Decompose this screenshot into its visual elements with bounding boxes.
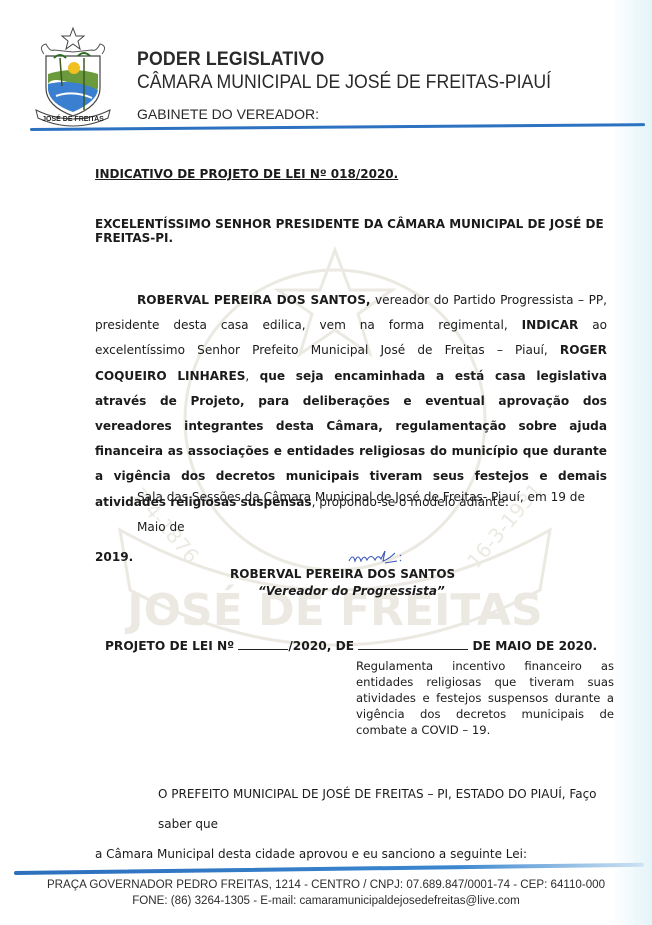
signature-icon [345, 545, 405, 567]
document-reference: INDICATIVO DE PROJETO DE LEI Nº 018/2020… [95, 167, 398, 181]
bill-heading: PROJETO DE LEI Nº /2020, DE DE MAIO DE 2… [105, 637, 597, 653]
signer-name: ROBERVAL PEREIRA DOS SANTOS [230, 567, 455, 581]
bill-summary: Regulamenta incentivo financeiro as enti… [356, 658, 614, 738]
footer-contact: FONE: (86) 3264-1305 - E-mail: camaramun… [16, 893, 635, 907]
letterhead-subtitle: CÂMARA MUNICIPAL DE JOSÉ DE FREITAS-PIAU… [137, 72, 551, 94]
municipal-crest-icon: JOSÉ DE FREITAS [30, 26, 116, 130]
indication-paragraph: ROBERVAL PEREIRA DOS SANTOS, vereador do… [95, 288, 607, 515]
author-name: ROBERVAL PEREIRA DOS SANTOS, [137, 293, 371, 307]
signer-role: “Vereador do Progressista” [258, 584, 445, 598]
footer-address: PRAÇA GOVERNADOR PEDRO FREITAS, 1214 - C… [16, 877, 635, 891]
bill-day-blank [358, 637, 468, 650]
svg-text:JOSÉ DE FREITAS: JOSÉ DE FREITAS [42, 114, 104, 123]
bill-number-blank [238, 637, 288, 650]
enactment-clause: O PREFEITO MUNICIPAL DE JOSÉ DE FREITAS … [95, 779, 620, 869]
letterhead-title: PODER LEGISLATIVO [137, 49, 324, 71]
salutation: EXCELENTÍSSIMO SENHOR PRESIDENTE DA CÂMA… [95, 217, 652, 245]
letterhead-office: GABINETE DO VEREADOR: [137, 106, 319, 122]
header-divider [30, 123, 645, 131]
